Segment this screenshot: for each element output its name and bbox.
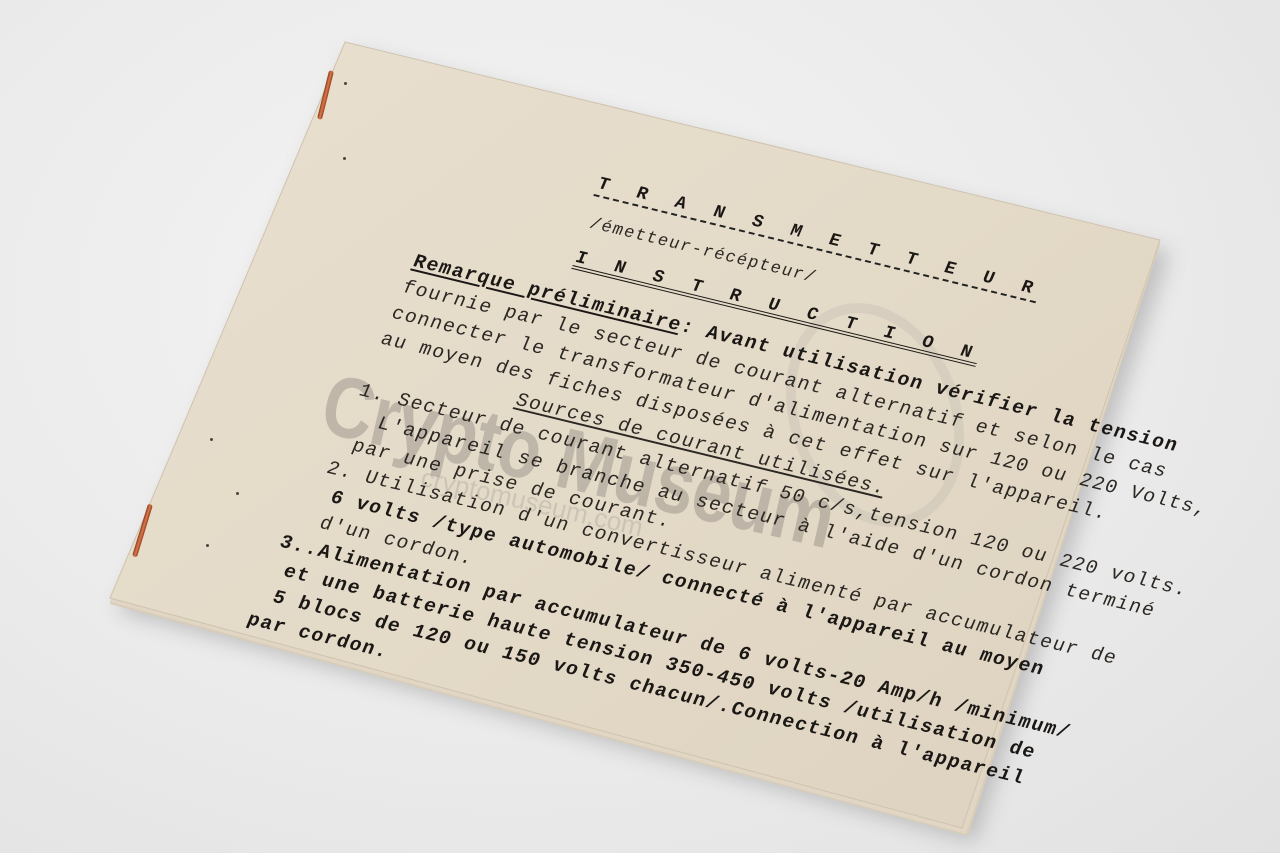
body-line: et une batterie haute tension 350-450 vo… — [280, 563, 1039, 763]
typewritten-document: T R A N S M E T T E U R /émetteur-récépt… — [109, 42, 1161, 803]
